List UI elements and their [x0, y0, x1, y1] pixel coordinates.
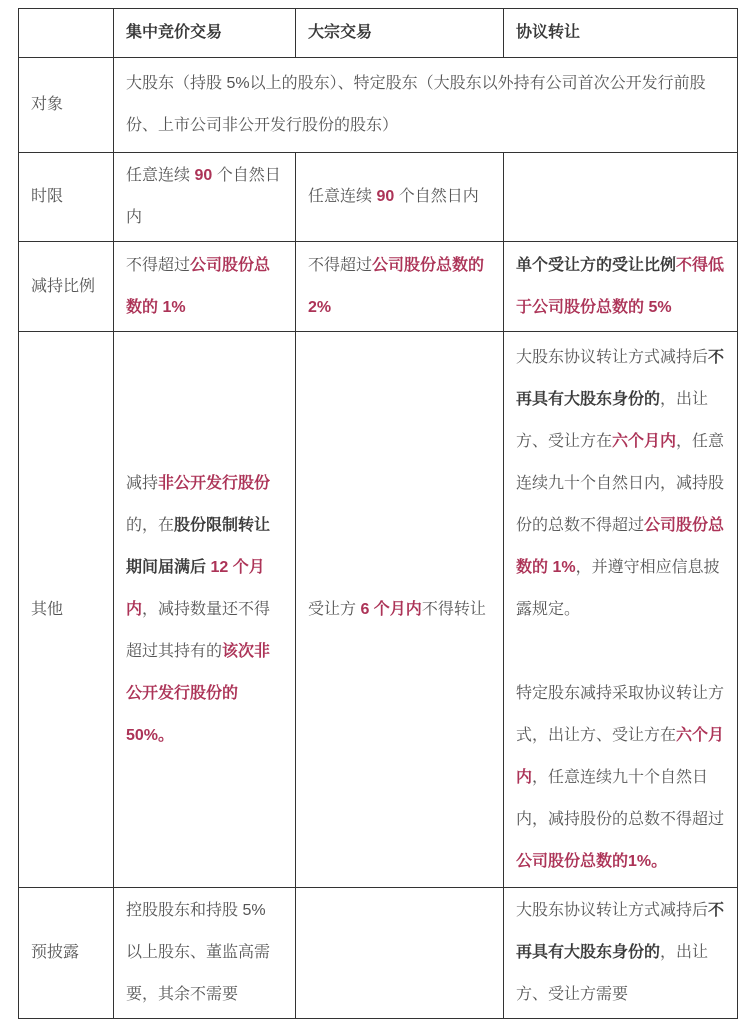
cell-predisclosure-centralized: 控股股东和持股 5% 以上股东、董监高需要，其余不需要 [114, 888, 296, 1019]
table-header-row: 集中竞价交易 大宗交易 协议转让 [19, 9, 738, 58]
cell-other-centralized: 减持非公开发行股份的，在股份限制转让期间届满后 12 个月内，减持数量还不得超过… [114, 332, 296, 888]
other-agreement-paragraph-2: 特定股东减持采取协议转让方式，出让方、受让方在六个月内，任意连续九十个自然日内，… [516, 673, 725, 883]
row-reduction-ratio: 减持比例 不得超过公司股份总数的 1% 不得超过公司股份总数的 2% 单个受让方… [19, 242, 738, 332]
text-run: 非公开发行股份 [158, 475, 270, 492]
row-other: 其他 减持非公开发行股份的，在股份限制转让期间届满后 12 个月内，减持数量还不… [19, 332, 738, 888]
row-label-reduction-ratio: 减持比例 [19, 242, 114, 332]
cell-time-limit-agreement [504, 153, 738, 242]
text-run: 任意连续 [126, 167, 194, 184]
text-run: 6 个月内 [360, 601, 421, 618]
text-run: 90 [376, 188, 394, 205]
cell-other-block: 受让方 6 个月内不得转让 [296, 332, 504, 888]
header-cell-centralized-bidding: 集中竞价交易 [114, 9, 296, 58]
row-label-target: 对象 [19, 58, 114, 153]
text-run: 不得转让 [422, 601, 486, 618]
other-agreement-paragraph-1: 大股东协议转让方式减持后不再具有大股东身份的，出让方、受让方在六个月内，任意连续… [516, 337, 725, 631]
text-run: 不得超过 [126, 257, 190, 274]
cell-time-limit-block: 任意连续 90 个自然日内 [296, 153, 504, 242]
text-run: 个自然日内 [394, 188, 478, 205]
row-target: 对象 大股东（持股 5%以上的股东）、特定股东（大股东以外持有公司首次公开发行前… [19, 58, 738, 153]
cell-ratio-agreement: 单个受让方的受让比例不得低于公司股份总数的 5% [504, 242, 738, 332]
header-cell-agreement-transfer: 协议转让 [504, 9, 738, 58]
cell-ratio-block: 不得超过公司股份总数的 2% [296, 242, 504, 332]
cell-target-all-channels: 大股东（持股 5%以上的股东）、特定股东（大股东以外持有公司首次公开发行前股份、… [114, 58, 738, 153]
cell-time-limit-centralized: 任意连续 90 个自然日内 [114, 153, 296, 242]
text-run: 大股东（持股 5%以上的股东）、特定股东（大股东以外持有公司首次公开发行前股份、… [126, 75, 706, 134]
page: 集中竞价交易 大宗交易 协议转让 对象 大股东（持股 5%以上的股东）、特定股东… [0, 8, 753, 1024]
row-label-pre-disclosure: 预披露 [19, 888, 114, 1019]
text-run: 单个受让方的受让比例 [516, 257, 676, 274]
text-run: 六个月内 [612, 433, 676, 450]
cell-predisclosure-agreement: 大股东协议转让方式减持后不再具有大股东身份的，出让方、受让方需要 [504, 888, 738, 1019]
cell-predisclosure-block [296, 888, 504, 1019]
row-label-other: 其他 [19, 332, 114, 888]
text-run: 控股股东和持股 5% 以上股东、董监高需要，其余不需要 [126, 902, 270, 1003]
cell-ratio-centralized: 不得超过公司股份总数的 1% [114, 242, 296, 332]
text-run: 受让方 [308, 601, 360, 618]
cell-other-agreement: 大股东协议转让方式减持后不再具有大股东身份的，出让方、受让方在六个月内，任意连续… [504, 332, 738, 888]
row-time-limit: 时限 任意连续 90 个自然日内 任意连续 90 个自然日内 [19, 153, 738, 242]
text-run: 的，在 [126, 517, 174, 534]
text-run: 大股东协议转让方式减持后 [516, 902, 708, 919]
text-run: 任意连续 [308, 188, 376, 205]
share-reduction-rules-table: 集中竞价交易 大宗交易 协议转让 对象 大股东（持股 5%以上的股东）、特定股东… [18, 8, 738, 1019]
row-label-time-limit: 时限 [19, 153, 114, 242]
text-run: 减持 [126, 475, 158, 492]
text-run: ，任意连续九十个自然日内，减持股份的总数不得超过 [516, 769, 724, 828]
header-cell-block-trade: 大宗交易 [296, 9, 504, 58]
header-cell-empty [19, 9, 114, 58]
row-pre-disclosure: 预披露 控股股东和持股 5% 以上股东、董监高需要，其余不需要 大股东协议转让方… [19, 888, 738, 1019]
text-run: 不得超过 [308, 257, 372, 274]
text-run: 90 [194, 167, 212, 184]
text-run: 公司股份总数的1%。 [516, 853, 667, 870]
text-run: 大股东协议转让方式减持后 [516, 349, 708, 366]
